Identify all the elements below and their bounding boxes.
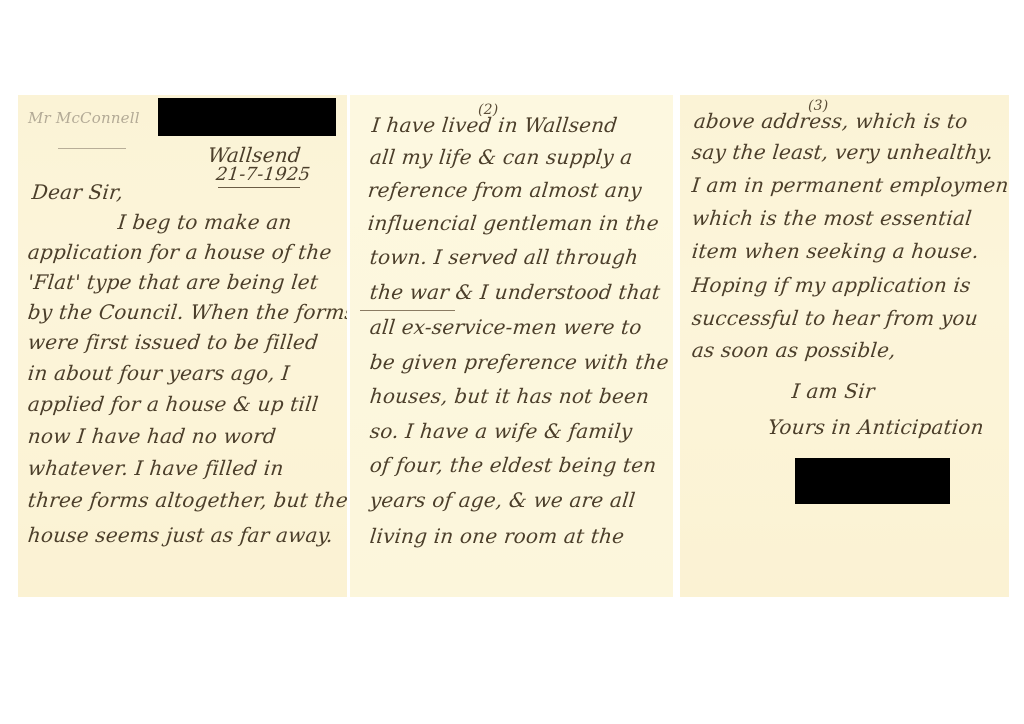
text-line: houses, but it has not been [369,386,650,406]
salutation: Dear Sir, [31,182,124,202]
letter-page-1: Mr McConnell Wallsend 21-7-1925 Dear Sir… [18,95,347,597]
faint-underline [58,148,126,149]
text-line: reference from almost any [367,180,643,200]
text-line: I have lived in Wallsend [371,115,619,135]
text-line: all ex-service-men were to [369,317,643,337]
text-line: applied for a house & up till [27,394,320,414]
faint-recipient-note: Mr McConnell [28,109,140,127]
text-line: in about four years ago, I [27,363,291,383]
text-line: all my life & can supply a [369,147,634,167]
text-line: Hoping if my application is [691,275,972,295]
text-line: years of age, & we are all [369,490,636,510]
letter-page-2: (2) I have lived in Wallsend all my life… [350,95,673,597]
text-line: I am in permanent employment [691,175,1009,195]
text-line: living in one room at the [369,526,625,546]
text-line: house seems just as far away. [27,525,334,545]
redaction-box-signature [795,458,950,504]
text-line: were first issued to be filled [27,332,319,352]
text-line: successful to hear from you [691,308,979,328]
text-line: by the Council. When the forms [27,302,347,322]
text-line: so. I have a wife & family [369,421,633,441]
letter-place: Wallsend [207,145,302,165]
text-line: of four, the eldest being ten [369,455,658,475]
text-line: 'Flat' type that are being let [27,272,319,292]
text-line: the war & I understood that [369,282,661,302]
valediction: Yours in Anticipation [767,417,985,437]
text-line: I beg to make an [117,212,293,232]
text-line: item when seeking a house. [691,241,980,261]
text-line: be given preference with the [369,352,670,372]
text-line: town. I served all through [369,247,639,267]
text-line: now I have had no word [27,426,277,446]
letter-page-3: (3) above address, which is to say the l… [680,95,1009,597]
date-underline [218,187,300,188]
text-line: above address, which is to [693,111,969,131]
text-line: influencial gentleman in the [367,213,660,233]
text-line: as soon as possible, [691,340,897,360]
text-line: which is the most essential [691,208,973,228]
redaction-box-header [158,98,336,136]
text-line: whatever. I have filled in [27,458,285,478]
pencil-underline [360,310,455,311]
closing-line: I am Sir [791,381,876,401]
text-line: three forms altogether, but the [27,490,347,510]
letter-date: 21-7-1925 [215,165,311,185]
text-line: say the least, very unhealthy. [691,142,994,162]
text-line: application for a house of the [27,242,333,262]
